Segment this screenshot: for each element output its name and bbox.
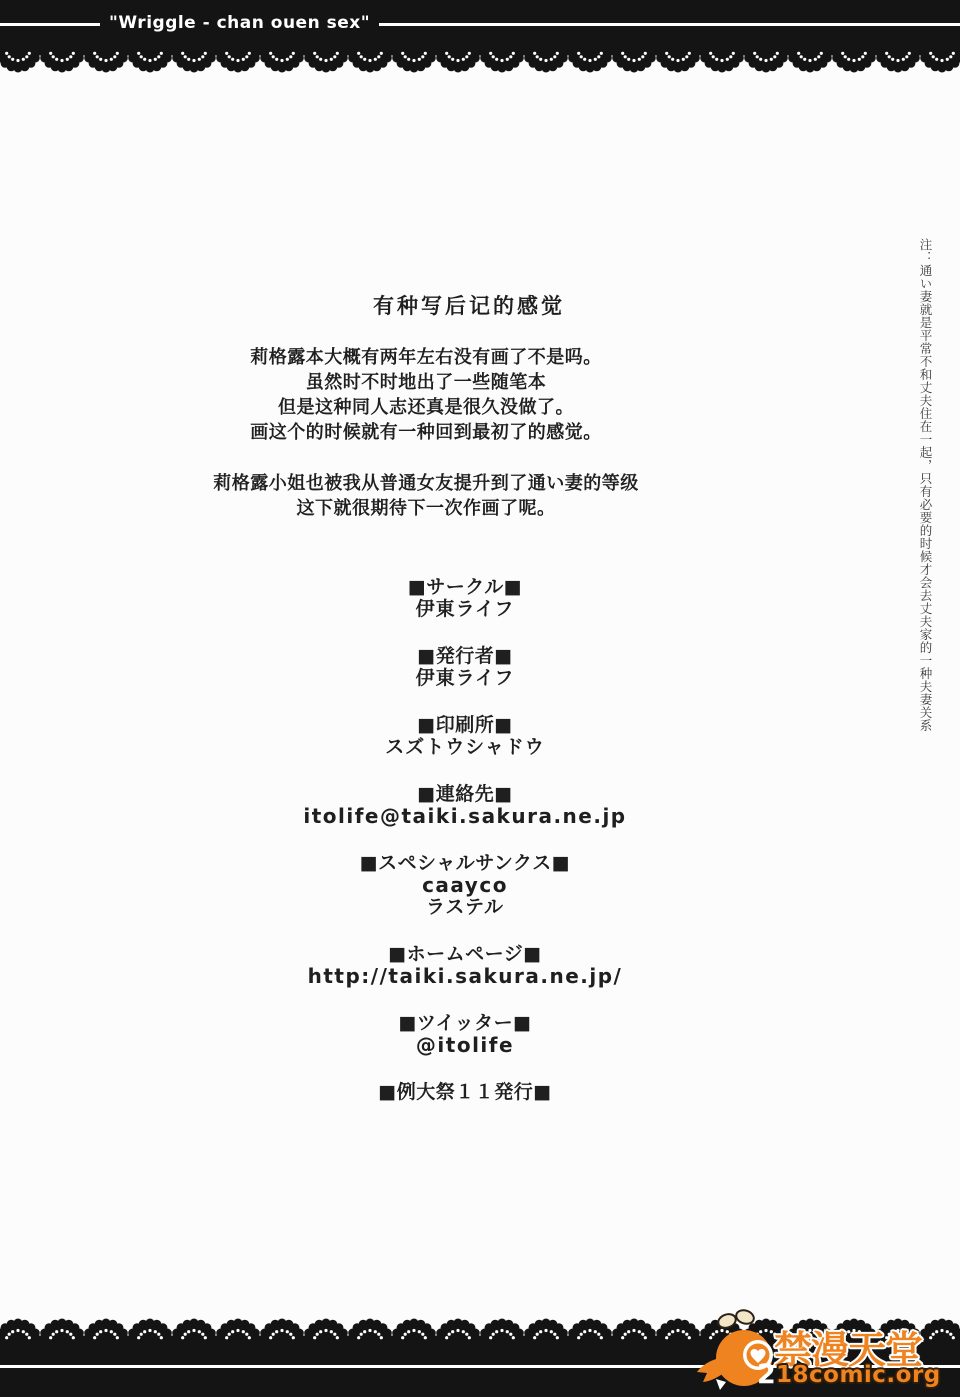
page-header-title: "Wriggle - chan ouen sex" [100,12,379,34]
credit-homepage: ■ホームページ■ http://taiki.sakura.ne.jp/ [0,943,930,987]
afterword-line: 这下就很期待下一次作画了呢。 [0,496,852,521]
afterword-intro: 有种写后记的感觉 [0,290,938,320]
credit-label: ■例大祭１１発行■ [0,1081,930,1103]
credit-value: 伊東ライフ [0,667,930,689]
doujin-afterword-page: "Wriggle - chan ouen sex" [0,0,960,1397]
credit-label: ■発行者■ [0,645,930,667]
top-border-band: "Wriggle - chan ouen sex" [0,0,960,46]
credit-twitter: ■ツイッター■ @itolife [0,1012,930,1056]
credit-event: ■例大祭１１発行■ [0,1081,930,1103]
lace-edge-top-icon [0,46,960,74]
credit-label: ■連絡先■ [0,783,930,805]
credit-value: ラステル [0,896,930,918]
credits-list: ■サークル■ 伊東ライフ ■発行者■ 伊東ライフ ■印刷所■ スズトウシャドウ … [0,576,930,1128]
page-number: 2 [757,1359,776,1390]
credit-label: ■サークル■ [0,576,930,598]
credit-email: itolife@taiki.sakura.ne.jp [0,805,930,827]
side-note-vertical: 注：通い妻就是平常不和丈夫住在一起，只有必要的时候才会去丈夫家的一种夫妻关系 [916,238,934,758]
credit-circle: ■サークル■ 伊東ライフ [0,576,930,620]
credit-value: caayco [0,874,930,896]
afterword-line: 虽然时不时地出了一些随笔本 [0,370,852,395]
afterword-paragraph-2: 莉格露小姐也被我从普通女友提升到了通い妻的等级 这下就很期待下一次作画了呢。 [0,471,852,521]
credit-contact: ■連絡先■ itolife@taiki.sakura.ne.jp [0,783,930,827]
afterword-line: 莉格露本大概有两年左右没有画了不是吗。 [0,345,852,370]
afterword-paragraph-1: 莉格露本大概有两年左右没有画了不是吗。 虽然时不时地出了一些随笔本 但是这种同人… [0,345,852,445]
credit-label: ■スペシャルサンクス■ [0,852,930,874]
credit-printer: ■印刷所■ スズトウシャドウ [0,714,930,758]
credit-special-thanks: ■スペシャルサンクス■ caayco ラステル [0,852,930,918]
watermark: 2 禁漫天堂 18comic.org [690,1305,960,1397]
credit-handle: @itolife [0,1034,930,1056]
credit-value: スズトウシャドウ [0,736,930,758]
credit-label: ■ツイッター■ [0,1012,930,1034]
credit-url: http://taiki.sakura.ne.jp/ [0,965,930,987]
credit-value: 伊東ライフ [0,598,930,620]
credit-label: ■印刷所■ [0,714,930,736]
afterword-line: 画这个的时候就有一种回到最初了的感觉。 [0,420,852,445]
credit-publisher: ■発行者■ 伊東ライフ [0,645,930,689]
afterword-line: 莉格露小姐也被我从普通女友提升到了通い妻的等级 [0,471,852,496]
afterword-line: 但是这种同人志还真是很久没做了。 [0,395,852,420]
credit-label: ■ホームページ■ [0,943,930,965]
watermark-site-url: 18comic.org [776,1362,941,1388]
